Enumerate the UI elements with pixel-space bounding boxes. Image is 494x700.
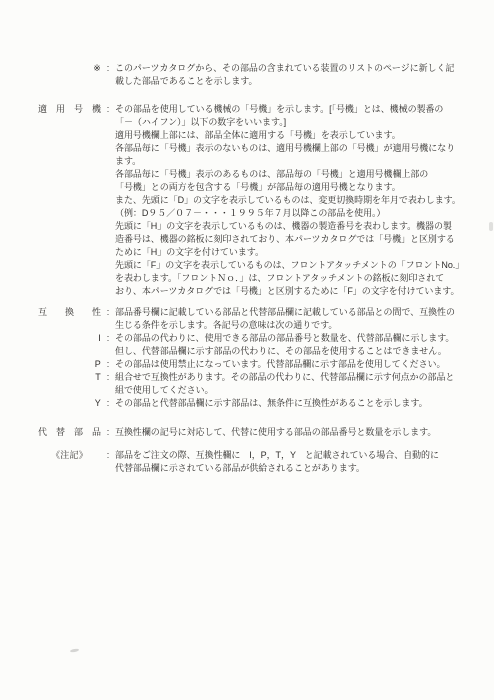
document-page: ※ : このパーツカタログから、その部品の含まれている装置のリストのページに新し…	[0, 0, 494, 700]
section-label: 互換性	[38, 306, 101, 319]
label-colon	[101, 259, 115, 272]
text-line: ために「H」の文字を付けています。	[38, 246, 460, 259]
text-line: 適用号機 : その部品を使用している機械の「号機」を示します。[「号機」とは、機…	[38, 103, 460, 116]
label-colon	[101, 272, 115, 285]
label-colon	[101, 168, 115, 181]
text-line: 各部品毎に「号機」表示のないものは、適用号機欄上部の「号機」が適用号機になり	[38, 142, 460, 155]
label-colon	[101, 345, 115, 358]
text-line: P : その部品は使用禁止になっています。代替部品欄に示す部品を使用してください…	[38, 358, 460, 371]
section-note: 《注記》 : 部品をご注文の際、互換性欄に I，P，T，Y と記載されている場合…	[38, 449, 460, 475]
text-line: ます。	[38, 155, 460, 168]
line-text: 部品番号欄に記載している部品と代替部品欄に記載している部品との間で、互換性の	[115, 306, 460, 319]
scan-artifact	[489, 222, 493, 231]
label-colon	[101, 142, 115, 155]
text-line: 「－（ハイフン）」以下の数字をいいます。]	[38, 116, 460, 129]
section-label	[38, 168, 101, 181]
line-text: 適用号機欄上部には、部品全体に適用する「号機」を表示しています。	[115, 129, 460, 142]
text-line: を表わします。「フロントＮｏ．」は、フロントアタッチメントの銘板に刻印されて	[38, 272, 460, 285]
text-line: ※ : このパーツカタログから、その部品の含まれている装置のリストのページに新し…	[38, 62, 460, 75]
page-content: ※ : このパーツカタログから、その部品の含まれている装置のリストのページに新し…	[38, 62, 460, 475]
section-label	[38, 220, 101, 233]
line-text: 組合せで互換性があります。その部品の代わりに、代替部品欄に示す何点かの部品と	[115, 371, 460, 384]
label-colon	[101, 194, 115, 207]
text-line: 但し、代替部品欄に示す部品の代わりに、その部品を使用することはできません。	[38, 345, 460, 358]
section-label	[38, 142, 101, 155]
text-line: 載した部品であることを示します。	[38, 75, 460, 88]
line-text: ます。	[115, 155, 460, 168]
text-line: また、先頭に「D」の文字を表示しているものは、変更切換時期を年月で表わします。	[38, 194, 460, 207]
section-label	[38, 116, 101, 129]
label-colon: :	[101, 306, 115, 319]
line-text: 載した部品であることを示します。	[115, 75, 460, 88]
text-line: 「号機」との両方を包含する「号機」が部品毎の適用号機となります。	[38, 181, 460, 194]
text-line: 造番号は、機器の銘板に刻印されており、本パーツカタログでは「号機」と区別する	[38, 233, 460, 246]
section-label	[38, 129, 101, 142]
section-label	[38, 319, 101, 332]
line-text: 先頭に「F」の文字を表示しているものは、フロントアタッチメントの「フロントNo.…	[115, 259, 464, 272]
section-label	[38, 345, 101, 358]
section-label	[38, 181, 101, 194]
line-text: （例：D９５／０７－・・・１９９５年７月以降この部品を使用。）	[115, 207, 460, 220]
text-line: 組で使用してください。	[38, 384, 460, 397]
section-compatibility: 互換性 : 部品番号欄に記載している部品と代替部品欄に記載している部品との間で、…	[38, 306, 460, 410]
section-label	[38, 207, 101, 220]
text-line: Y : その部品と代替部品欄に示す部品は、無条件に互換性があることを示します。	[38, 397, 460, 410]
section-label: 代替部品	[38, 426, 101, 439]
line-text: 生じる条件を示します。各記号の意味は次の通りです。	[115, 319, 460, 332]
line-text: 「号機」との両方を包含する「号機」が部品毎の適用号機となります。	[115, 181, 460, 194]
section-alternative-parts: 代替部品 : 互換性欄の記号に対応して、代替に使用する部品の部品番号と数量を示し…	[38, 426, 460, 439]
line-text: 各部品毎に「号機」表示のあるものは、部品毎の「号機」と適用号機欄上部の	[115, 168, 460, 181]
label-colon	[101, 207, 115, 220]
section-label: ※	[38, 62, 101, 75]
label-colon	[101, 116, 115, 129]
text-line: 生じる条件を示します。各記号の意味は次の通りです。	[38, 319, 460, 332]
text-line: 各部品毎に「号機」表示のあるものは、部品毎の「号機」と適用号機欄上部の	[38, 168, 460, 181]
label-colon: :	[101, 426, 115, 439]
label-colon: :	[101, 358, 115, 371]
label-colon: :	[101, 371, 115, 384]
section-applicable-serial-number: 適用号機 : その部品を使用している機械の「号機」を示します。[「号機」とは、機…	[38, 103, 460, 298]
text-line: （例：D９５／０７－・・・１９９５年７月以降この部品を使用。）	[38, 207, 460, 220]
section-label	[38, 384, 101, 397]
text-line: 代替部品 : 互換性欄の記号に対応して、代替に使用する部品の部品番号と数量を示し…	[38, 426, 460, 439]
line-text: その部品と代替部品欄に示す部品は、無条件に互換性があることを示します。	[115, 397, 460, 410]
text-line: 《注記》 : 部品をご注文の際、互換性欄に I，P，T，Y と記載されている場合…	[38, 449, 460, 462]
line-text: その部品は使用禁止になっています。代替部品欄に示す部品を使用してください。	[115, 358, 460, 371]
line-text: 互換性欄の記号に対応して、代替に使用する部品の部品番号と数量を示します。	[115, 426, 460, 439]
section-label	[38, 462, 101, 475]
text-line: 適用号機欄上部には、部品全体に適用する「号機」を表示しています。	[38, 129, 460, 142]
section-label	[38, 194, 101, 207]
section-label: 《注記》	[38, 449, 101, 462]
section-label: P	[38, 358, 101, 371]
line-text: おり、本パーツカタログでは「号機」と区別するために「F」の文字を付けています。	[115, 285, 460, 298]
section-label: I	[38, 332, 101, 345]
line-text: 組で使用してください。	[115, 384, 460, 397]
line-text: 代替部品欄に示されている部品が供給されることがあります。	[115, 462, 460, 475]
label-colon	[101, 319, 115, 332]
line-text: また、先頭に「D」の文字を表示しているものは、変更切換時期を年月で表わします。	[115, 194, 461, 207]
text-line: T : 組合せで互換性があります。その部品の代わりに、代替部品欄に示す何点かの部…	[38, 371, 460, 384]
label-colon	[101, 181, 115, 194]
label-colon	[101, 462, 115, 475]
section-label	[38, 155, 101, 168]
label-colon	[101, 75, 115, 88]
label-colon	[101, 384, 115, 397]
line-text: その部品を使用している機械の「号機」を示します。[「号機」とは、機械の製番の	[115, 103, 460, 116]
section-label	[38, 75, 101, 88]
label-colon	[101, 220, 115, 233]
label-colon: :	[101, 449, 115, 462]
line-text: その部品の代わりに、使用できる部品の部品番号と数量を、代替部品欄に示します。	[115, 332, 460, 345]
section-label	[38, 259, 101, 272]
label-colon: :	[101, 397, 115, 410]
label-colon	[101, 285, 115, 298]
text-line: 互換性 : 部品番号欄に記載している部品と代替部品欄に記載している部品との間で、…	[38, 306, 460, 319]
label-colon: :	[101, 62, 115, 75]
line-text: 造番号は、機器の銘板に刻印されており、本パーツカタログでは「号機」と区別する	[115, 233, 460, 246]
line-text: このパーツカタログから、その部品の含まれている装置のリストのページに新しく記	[115, 62, 460, 75]
section-label	[38, 246, 101, 259]
section-label	[38, 285, 101, 298]
section-label	[38, 233, 101, 246]
label-colon: :	[101, 332, 115, 345]
section-label: T	[38, 371, 101, 384]
label-colon: :	[101, 103, 115, 116]
label-colon	[101, 233, 115, 246]
label-colon	[101, 129, 115, 142]
line-text: ために「H」の文字を付けています。	[115, 246, 460, 259]
line-text: 各部品毎に「号機」表示のないものは、適用号機欄上部の「号機」が適用号機になり	[115, 142, 460, 155]
text-line: 代替部品欄に示されている部品が供給されることがあります。	[38, 462, 460, 475]
section-label	[38, 272, 101, 285]
label-colon	[101, 246, 115, 259]
section-label: Y	[38, 397, 101, 410]
line-text: 但し、代替部品欄に示す部品の代わりに、その部品を使用することはできません。	[115, 345, 460, 358]
text-line: I : その部品の代わりに、使用できる部品の部品番号と数量を、代替部品欄に示しま…	[38, 332, 460, 345]
text-line: おり、本パーツカタログでは「号機」と区別するために「F」の文字を付けています。	[38, 285, 460, 298]
line-text: 部品をご注文の際、互換性欄に I，P，T，Y と記載されている場合、自動的に	[115, 449, 460, 462]
text-line: 先頭に「H」の文字を表示しているものは、機器の製造番号を表わします。機器の製	[38, 220, 460, 233]
line-text: 「－（ハイフン）」以下の数字をいいます。]	[115, 116, 460, 129]
section-new-part-marker: ※ : このパーツカタログから、その部品の含まれている装置のリストのページに新し…	[38, 62, 460, 88]
scan-artifact	[70, 648, 79, 653]
line-text: 先頭に「H」の文字を表示しているものは、機器の製造番号を表わします。機器の製	[115, 220, 460, 233]
label-colon	[101, 155, 115, 168]
text-line: 先頭に「F」の文字を表示しているものは、フロントアタッチメントの「フロントNo.…	[38, 259, 460, 272]
section-label: 適用号機	[38, 103, 101, 116]
line-text: を表わします。「フロントＮｏ．」は、フロントアタッチメントの銘板に刻印されて	[115, 272, 460, 285]
